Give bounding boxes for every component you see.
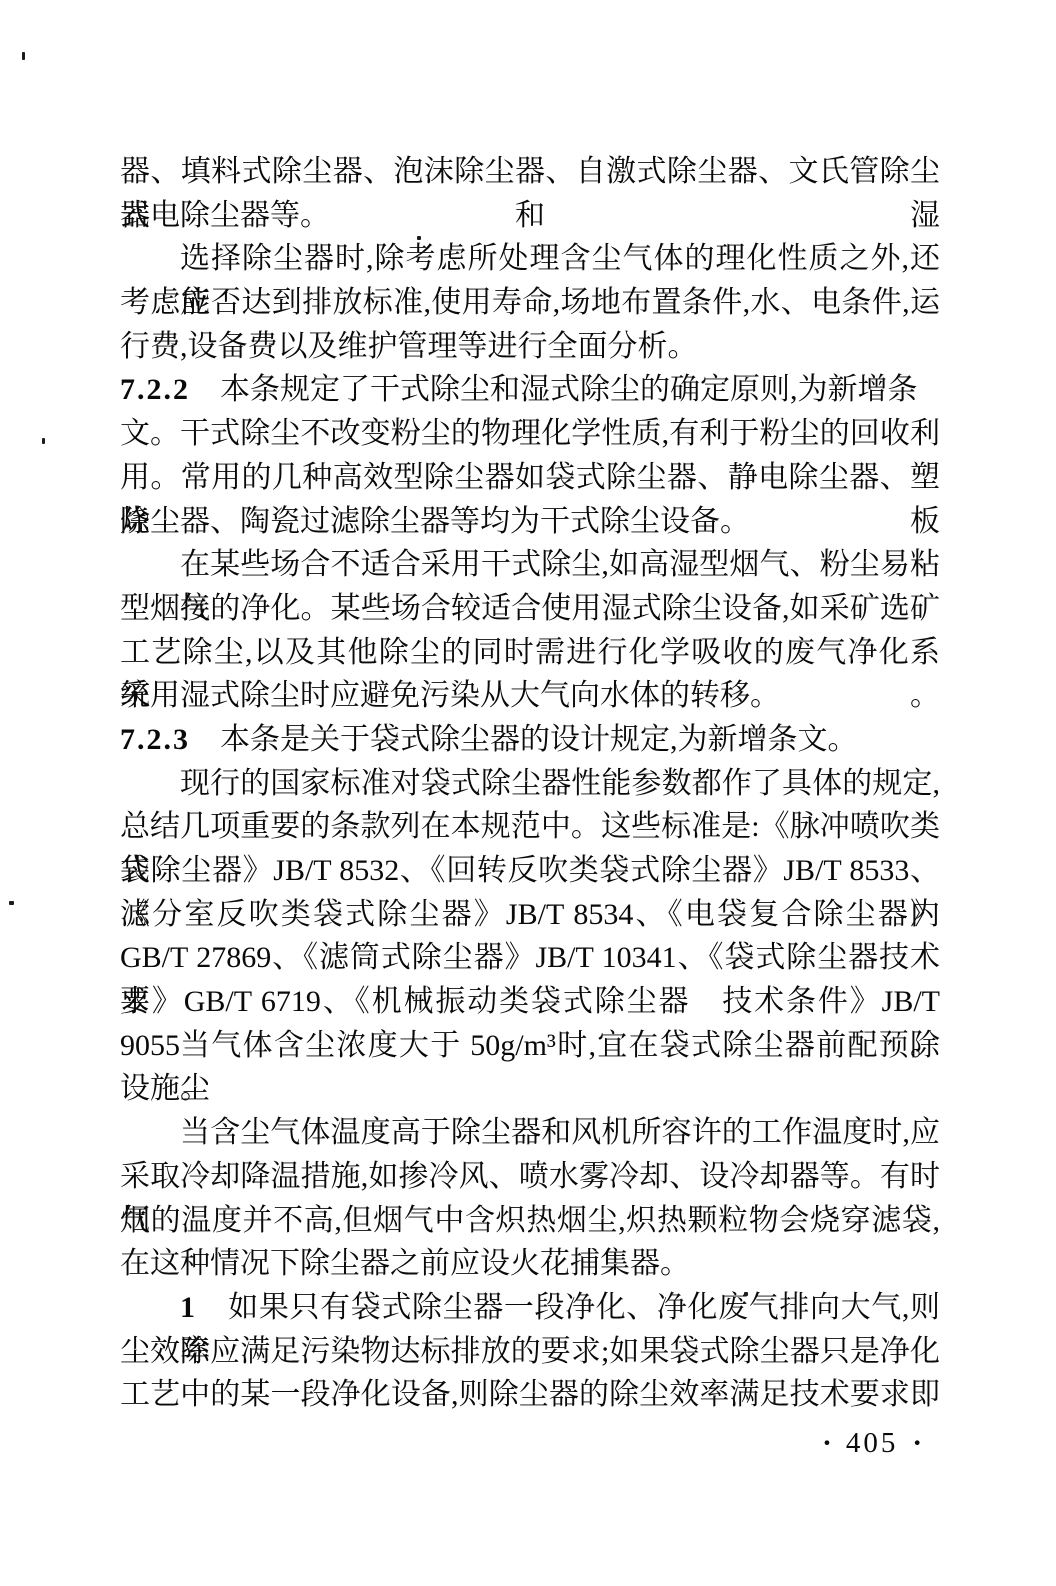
text-line: 滤分室反吹类袋式除尘器》JB/T 8534、《电袋复合除尘器》	[120, 893, 940, 937]
section-number: 7.2.2	[120, 373, 190, 406]
text-line: 选择除尘器时,除考虑所处理含尘气体的理化性质之外,还应	[120, 237, 940, 281]
section-number: 1	[180, 1291, 197, 1324]
scan-speck	[22, 52, 25, 60]
text-line: 当气体含尘浓度大于 50g/m³时,宜在袋式除尘器前配预除尘	[120, 1024, 940, 1068]
text-column: 器、填料式除尘器、泡沫除尘器、自激式除尘器、文氏管除尘器和湿式电除尘器等。选择除…	[120, 150, 940, 1417]
text-line: 当含尘气体温度高于除尘器和风机所容许的工作温度时,应	[120, 1111, 940, 1155]
text-line: 7.2.2 本条规定了干式除尘和湿式除尘的确定原则,为新增条文。	[120, 368, 940, 412]
text-line: 现行的国家标准对袋式除尘器性能参数都作了具体的规定,	[120, 762, 940, 806]
scan-speck	[42, 438, 45, 444]
text-line: 器、填料式除尘器、泡沫除尘器、自激式除尘器、文氏管除尘器和湿	[120, 150, 940, 194]
text-line: 在这种情况下除尘器之前应设火花捕集器。	[120, 1242, 940, 1286]
text-line: 在某些场合不适合采用干式除尘,如高湿型烟气、粉尘易粘接	[120, 543, 940, 587]
text-line: 型烟气的净化。某些场合较适合使用湿式除尘设备,如采矿选矿	[120, 587, 940, 631]
section-number: 7.2.3	[120, 723, 190, 756]
text-line: 式除尘器》JB/T 8532、《回转反吹类袋式除尘器》JB/T 8533、《内	[120, 849, 940, 893]
text-line: GB/T 27869、《滤筒式除尘器》JB/T 10341、《袋式除尘器技术要	[120, 936, 940, 980]
text-line: 行费,设备费以及维护管理等进行全面分析。	[120, 325, 940, 369]
text-line: 工艺除尘,以及其他除尘的同时需进行化学吸收的废气净化系统。	[120, 631, 940, 675]
footer-dot-right: ·	[912, 1427, 922, 1459]
text-line: 用。常用的几种高效型除尘器如袋式除尘器、静电除尘器、塑烧板	[120, 456, 940, 500]
text-line: 7.2.3 本条是关于袋式除尘器的设计规定,为新增条文。	[120, 718, 940, 762]
text-line: 尘效率应满足污染物达标排放的要求;如果袋式除尘器只是净化	[120, 1330, 940, 1374]
text-line: 设施。	[120, 1067, 940, 1111]
text-line: 工艺中的某一段净化设备,则除尘器的除尘效率满足技术要求即	[120, 1373, 940, 1417]
text-line: 1 如果只有袋式除尘器一段净化、净化废气排向大气,则除	[120, 1286, 940, 1330]
page-number: 405	[846, 1427, 899, 1459]
text-line: 求》GB/T 6719、《机械振动类袋式除尘器 技术条件》JB/T 9055。	[120, 980, 940, 1024]
scan-speck	[417, 236, 421, 240]
footer-dot-left: ·	[822, 1427, 832, 1459]
text-line: 考虑能否达到排放标准,使用寿命,场地布置条件,水、电条件,运	[120, 281, 940, 325]
scan-speck	[9, 901, 14, 905]
scanned-page: 器、填料式除尘器、泡沫除尘器、自激式除尘器、文氏管除尘器和湿式电除尘器等。选择除…	[0, 0, 1056, 1586]
text-line: 总结几项重要的条款列在本规范中。这些标准是:《脉冲喷吹类袋	[120, 805, 940, 849]
text-line: 干式除尘不改变粉尘的物理化学性质,有利于粉尘的回收利	[120, 412, 940, 456]
scan-speck	[744, 1292, 748, 1296]
text-line: 采取冷却降温措施,如掺冷风、喷水雾冷却、设冷却器等。有时烟	[120, 1155, 940, 1199]
text-line: 气的温度并不高,但烟气中含炽热烟尘,炽热颗粒物会烧穿滤袋,	[120, 1199, 940, 1243]
page-footer: ·405·	[120, 1426, 940, 1460]
